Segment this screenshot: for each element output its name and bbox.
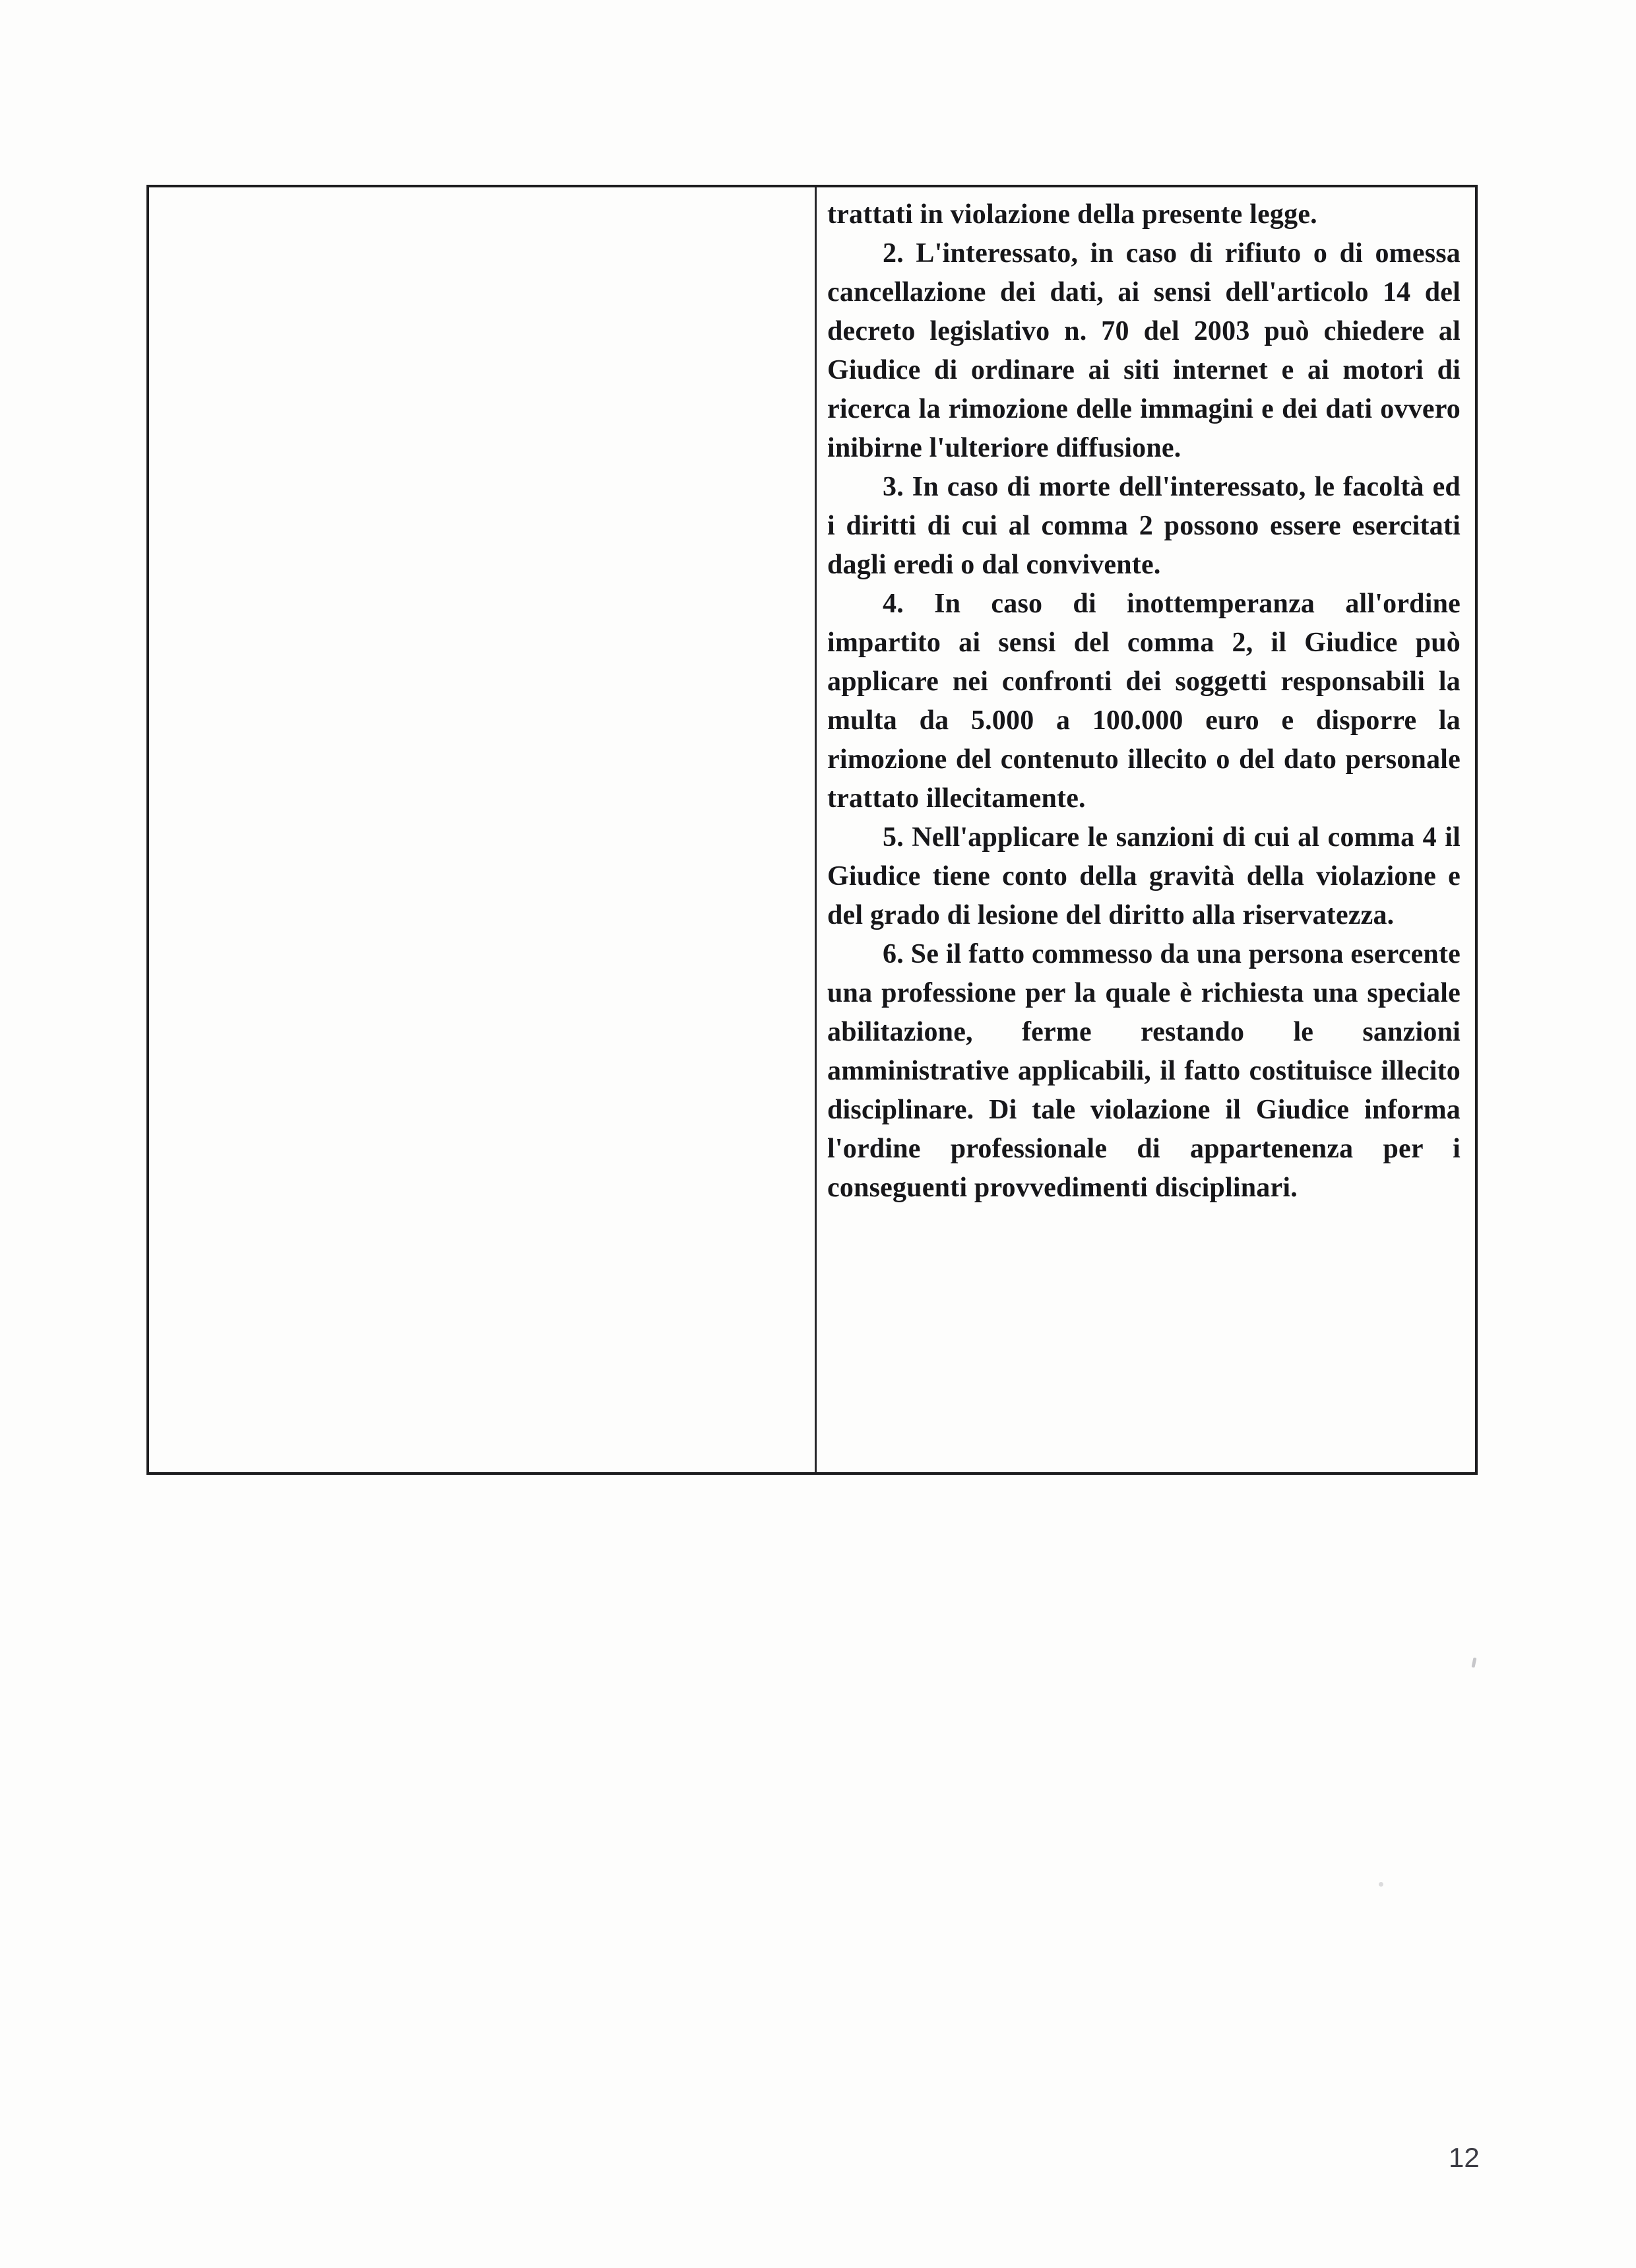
legal-paragraph-comma-4: 4. In caso di inottemperanza all'ordine … [827, 585, 1461, 818]
scan-artifact-speck [1379, 1882, 1383, 1887]
page-number: 12 [1449, 2142, 1480, 2174]
legal-paragraph-comma-6: 6. Se il fatto commesso da una persona e… [827, 935, 1461, 1208]
table-cell-left-empty [149, 187, 817, 1472]
legal-paragraph-comma-5: 5. Nell'applicare le sanzioni di cui al … [827, 818, 1461, 935]
table-cell-legal-text: trattati in violazione della presente le… [817, 187, 1475, 1472]
legal-paragraph-comma-2: 2. L'interessato, in caso di rifiuto o d… [827, 234, 1461, 468]
legal-paragraph-continuation: trattati in violazione della presente le… [827, 195, 1461, 234]
scan-artifact-speck [1471, 1658, 1476, 1668]
scanned-document-page: trattati in violazione della presente le… [0, 0, 1636, 2268]
two-column-law-table: trattati in violazione della presente le… [146, 185, 1478, 1475]
legal-paragraph-comma-3: 3. In caso di morte dell'interessato, le… [827, 468, 1461, 585]
